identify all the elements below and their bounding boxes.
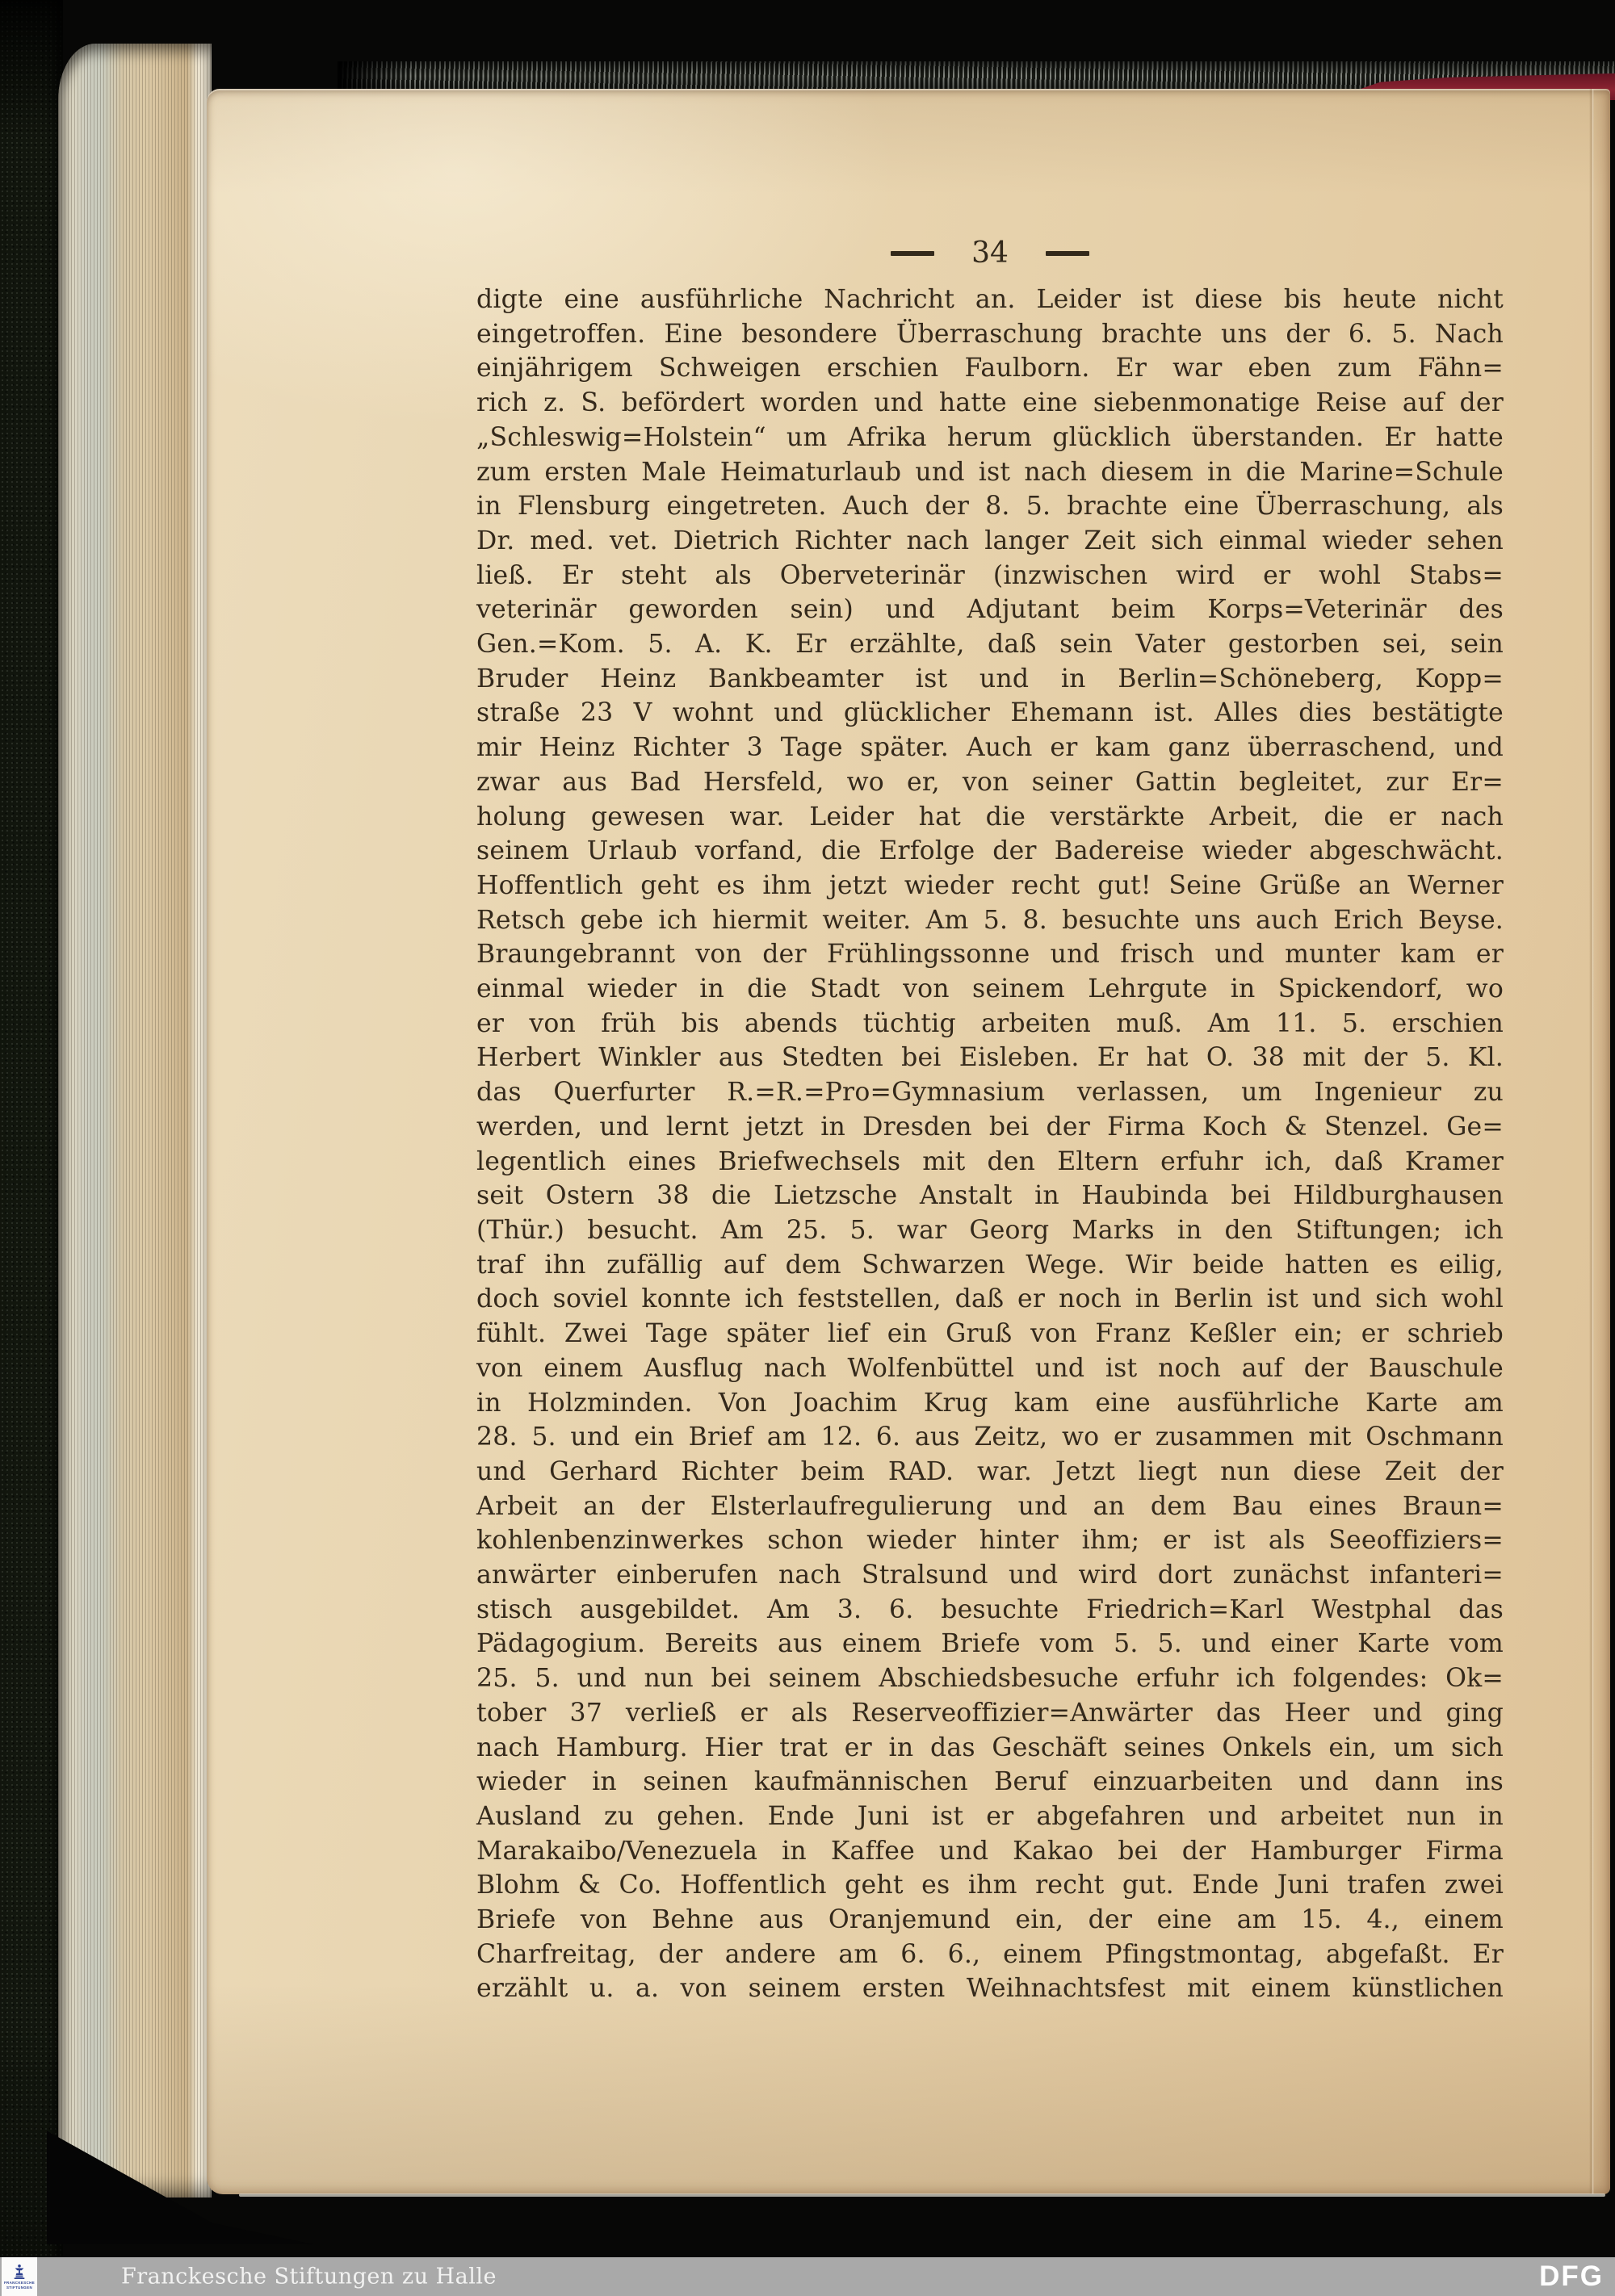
scanned-page: 34 digte eine ausführliche Nachricht an.… <box>207 89 1610 2194</box>
franckesche-logo-box: FRANCKESCHE STIFTUNGEN <box>2 2257 37 2296</box>
text-line: Charfreitag, der andere am 6. 6., einem … <box>476 1938 1504 1972</box>
viewer-footer-bar: FRANCKESCHE STIFTUNGEN Franckesche Stift… <box>0 2257 1615 2296</box>
text-line: nach Hamburg. Hier trat er in das Geschä… <box>476 1731 1504 1766</box>
text-line: tober 37 verließ er als Reserveoffizier=… <box>476 1696 1504 1731</box>
text-line: Braungebrannt von der Frühlingssonne und… <box>476 937 1504 972</box>
text-line: (Thür.) besucht. Am 25. 5. war Georg Mar… <box>476 1213 1504 1248</box>
franckesche-logo-text-line2: STIFTUNGEN <box>6 2286 32 2290</box>
folio-dash-left <box>891 251 934 256</box>
text-line: traf ihn zufällig auf dem Schwarzen Wege… <box>476 1248 1504 1283</box>
text-line: zwar aus Bad Hersfeld, wo er, von seiner… <box>476 765 1504 800</box>
text-line: Bruder Heinz Bankbeamter ist und in Berl… <box>476 662 1504 697</box>
text-line: 28. 5. und ein Brief am 12. 6. aus Zeitz… <box>476 1420 1504 1455</box>
book-cover-left-edge <box>0 0 63 2296</box>
text-line: in Flensburg eingetreten. Auch der 8. 5.… <box>476 489 1504 524</box>
text-line: in Holzminden. Von Joachim Krug kam eine… <box>476 1386 1504 1421</box>
text-line: rich z. S. befördert worden und hatte ei… <box>476 386 1504 421</box>
text-line: Herbert Winkler aus Stedten bei Eisleben… <box>476 1041 1504 1075</box>
text-line: Retsch gebe ich hiermit weiter. Am 5. 8.… <box>476 903 1504 938</box>
text-line: digte eine ausführliche Nachricht an. Le… <box>476 283 1504 317</box>
text-line: werden, und lernt jetzt in Dresden bei d… <box>476 1110 1504 1145</box>
text-line: kohlenbenzinwerkes schon wieder hinter i… <box>476 1523 1504 1558</box>
text-line: mir Heinz Richter 3 Tage später. Auch er… <box>476 731 1504 765</box>
text-line: ließ. Er steht als Oberveterinär (inzwis… <box>476 559 1504 593</box>
text-line: legentlich eines Briefwechsels mit den E… <box>476 1145 1504 1179</box>
text-line: veterinär geworden sein) und Adjutant be… <box>476 593 1504 627</box>
franckesche-logo-text-line1: FRANCKESCHE <box>4 2281 35 2285</box>
text-line: Briefe von Behne aus Oranjemund ein, der… <box>476 1903 1504 1938</box>
text-line: erzählt u. a. von seinem ersten Weihnach… <box>476 1971 1504 2006</box>
text-line: „Schleswig=Holstein“ um Afrika herum glü… <box>476 421 1504 455</box>
institution-name: Franckesche Stiftungen zu Halle <box>121 2265 497 2290</box>
page-gutter-shadow <box>1589 89 1610 2194</box>
text-line: Blohm & Co. Hoffentlich geht es ihm rech… <box>476 1868 1504 1903</box>
text-line: 25. 5. und nun bei seinem Abschiedsbesuc… <box>476 1661 1504 1696</box>
text-line: seit Ostern 38 die Lietzsche Anstalt in … <box>476 1179 1504 1213</box>
book-scan-viewport: 34 digte eine ausführliche Nachricht an.… <box>0 0 1615 2296</box>
text-line: Arbeit an der Elsterlaufregulierung und … <box>476 1489 1504 1524</box>
text-line: von einem Ausflug nach Wolfenbüttel und … <box>476 1351 1504 1386</box>
franckesche-emblem-icon <box>12 2264 27 2280</box>
folio-dash-right <box>1046 251 1089 256</box>
text-line: seinem Urlaub vorfand, die Erfolge der B… <box>476 834 1504 869</box>
text-line: er von früh bis abends tüchtig arbeiten … <box>476 1007 1504 1041</box>
text-line: und Gerhard Richter beim RAD. war. Jetzt… <box>476 1455 1504 1489</box>
text-line: doch soviel konnte ich feststellen, daß … <box>476 1282 1504 1317</box>
text-line: einmal wieder in die Stadt von seinem Le… <box>476 972 1504 1007</box>
page-number-row: 34 <box>476 236 1504 271</box>
text-line: Dr. med. vet. Dietrich Richter nach lang… <box>476 524 1504 559</box>
text-line: stisch ausgebildet. Am 3. 6. besuchte Fr… <box>476 1593 1504 1628</box>
text-line: fühlt. Zwei Tage später lief ein Gruß vo… <box>476 1317 1504 1351</box>
text-line: das Querfurter R.=R.=Pro=Gymnasium verla… <box>476 1075 1504 1110</box>
page-text: digte eine ausführliche Nachricht an. Le… <box>476 283 1504 2006</box>
text-line: wieder in seinen kaufmännischen Beruf ei… <box>476 1765 1504 1800</box>
text-line: einjährigem Schweigen erschien Faulborn.… <box>476 351 1504 386</box>
dfg-logo: DFG <box>1539 2260 1604 2293</box>
text-line: Ausland zu gehen. Ende Juni ist er abgef… <box>476 1800 1504 1834</box>
text-line: Gen.=Kom. 5. A. K. Er erzählte, daß sein… <box>476 627 1504 662</box>
text-line: Marakaibo/Venezuela in Kaffee und Kakao … <box>476 1834 1504 1869</box>
page-stack-fore-edge <box>58 44 212 2198</box>
text-line: Pädagogium. Bereits aus einem Briefe vom… <box>476 1627 1504 1661</box>
page-number: 34 <box>971 239 1009 268</box>
text-line: eingetroffen. Eine besondere Überraschun… <box>476 317 1504 352</box>
text-line: straße 23 V wohnt und glücklicher Eheman… <box>476 696 1504 731</box>
text-line: anwärter einberufen nach Stralsund und w… <box>476 1558 1504 1593</box>
text-line: Hoffentlich geht es ihm jetzt wieder rec… <box>476 869 1504 903</box>
page-bottom-edge <box>239 2193 1605 2197</box>
text-line: zum ersten Male Heimaturlaub und ist nac… <box>476 455 1504 490</box>
text-line: holung gewesen war. Leider hat die verst… <box>476 800 1504 835</box>
